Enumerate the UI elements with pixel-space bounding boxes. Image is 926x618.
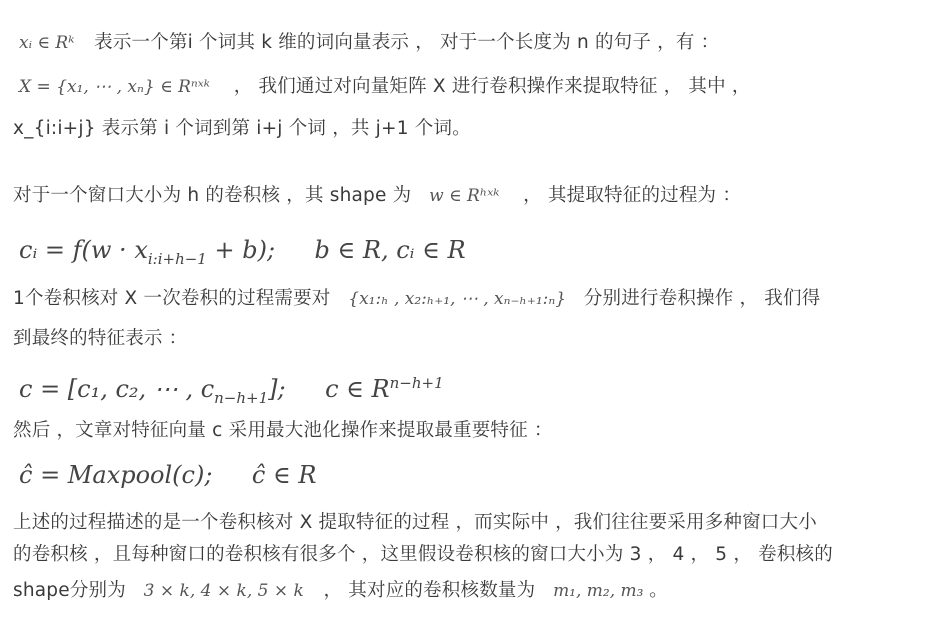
math-kernel-shapes: 3 × k, 4 × k, 5 × k bbox=[144, 576, 304, 606]
text: 然后 ，文章对特征向量 c 采用最大池化操作来提取最重要特征 ： bbox=[13, 420, 553, 441]
text: 对于一个窗口大小为 h 的卷积核 ，其 shape 为 bbox=[13, 185, 411, 206]
text: 分别进行卷积操作 ， 我们得 bbox=[584, 288, 821, 309]
math-word-vector: xᵢ ∈ Rᵏ bbox=[19, 28, 74, 58]
text: 的卷积核 ，且每种窗口的卷积核有很多个 ，这里假设卷积核的窗口大小为 3 ， 4… bbox=[13, 544, 833, 565]
text: 。 bbox=[649, 580, 668, 601]
paragraph-1-line-3: x_{i:i+j} 表示第 i 个词到第 i+j 个词 ，共 j+1 个词。 bbox=[13, 114, 471, 144]
equation-lhs: c = [c₁, c₂, ⋯ , cn−h+1]; bbox=[19, 375, 286, 403]
paragraph-5-line-3: shape分别为 3 × k, 4 × k, 5 × k ， 其对应的卷积核数量… bbox=[13, 576, 668, 606]
text: 到最终的特征表示 ： bbox=[13, 328, 187, 349]
equation-condition: c ∈ Rn−h+1 bbox=[325, 375, 444, 403]
math-window-set: {x₁:ₕ , x₂:ₕ₊₁, ⋯ , xₙ₋ₕ₊₁:ₙ} bbox=[348, 284, 566, 314]
text: 上述的过程描述的是一个卷积核对 X 提取特征的过程 ，而实际中 ，我们往往要采用… bbox=[13, 512, 817, 533]
equation-condition: ĉ ∈ R bbox=[252, 461, 317, 489]
equation-feature-map: c = [c₁, c₂, ⋯ , cn−h+1]; c ∈ Rn−h+1 bbox=[13, 366, 444, 400]
math-kernel-shape: w ∈ Rʰˣᵏ bbox=[429, 181, 499, 211]
text: ， 我们通过对向量矩阵 X 进行卷积操作来提取特征 ， 其中 ， bbox=[234, 76, 751, 97]
text: shape分别为 bbox=[13, 580, 126, 601]
equation-lhs: cᵢ = f(w · xi:i+h−1 + b); bbox=[19, 236, 275, 264]
text: 1个卷积核对 X 一次卷积的过程需要对 bbox=[13, 288, 331, 309]
equation-convolution: cᵢ = f(w · xi:i+h−1 + b); b ∈ R, cᵢ ∈ R bbox=[13, 233, 466, 267]
paragraph-5-line-1: 上述的过程描述的是一个卷积核对 X 提取特征的过程 ，而实际中 ，我们往往要采用… bbox=[13, 508, 817, 538]
text: ， 其提取特征的过程为 ： bbox=[523, 185, 741, 206]
paragraph-3-line-1: 1个卷积核对 X 一次卷积的过程需要对 {x₁:ₕ , x₂:ₕ₊₁, ⋯ , … bbox=[13, 284, 820, 314]
paragraph-1-line-2: X = {x₁, ⋯ , xₙ} ∈ Rⁿˣᵏ ， 我们通过对向量矩阵 X 进行… bbox=[13, 72, 751, 102]
paragraph-1-line-1: xᵢ ∈ Rᵏ 表示一个第i 个词其 k 维的词向量表示 ， 对于一个长度为 n… bbox=[13, 28, 719, 58]
equation-lhs: ĉ = Maxpool(c); bbox=[19, 461, 212, 489]
paragraph-3-line-2: 到最终的特征表示 ： bbox=[13, 324, 187, 354]
text: x_{i:i+j} 表示第 i 个词到第 i+j 个词 ，共 j+1 个词。 bbox=[13, 118, 471, 139]
equation-condition: b ∈ R, cᵢ ∈ R bbox=[315, 236, 466, 264]
math-kernel-counts: m₁, m₂, m₃ bbox=[553, 576, 643, 606]
paragraph-5-line-2: 的卷积核 ，且每种窗口的卷积核有很多个 ，这里假设卷积核的窗口大小为 3 ， 4… bbox=[13, 540, 833, 570]
text: 表示一个第i 个词其 k 维的词向量表示 ， 对于一个长度为 n 的句子 ，有 … bbox=[94, 32, 719, 53]
math-sentence-matrix: X = {x₁, ⋯ , xₙ} ∈ Rⁿˣᵏ bbox=[19, 72, 210, 102]
paragraph-2-line-1: 对于一个窗口大小为 h 的卷积核 ，其 shape 为 w ∈ Rʰˣᵏ ， 其… bbox=[13, 181, 741, 211]
equation-maxpool: ĉ = Maxpool(c); ĉ ∈ R bbox=[13, 458, 316, 492]
text: ， 其对应的卷积核数量为 bbox=[324, 580, 536, 601]
paragraph-4-line-1: 然后 ，文章对特征向量 c 采用最大池化操作来提取最重要特征 ： bbox=[13, 416, 553, 446]
